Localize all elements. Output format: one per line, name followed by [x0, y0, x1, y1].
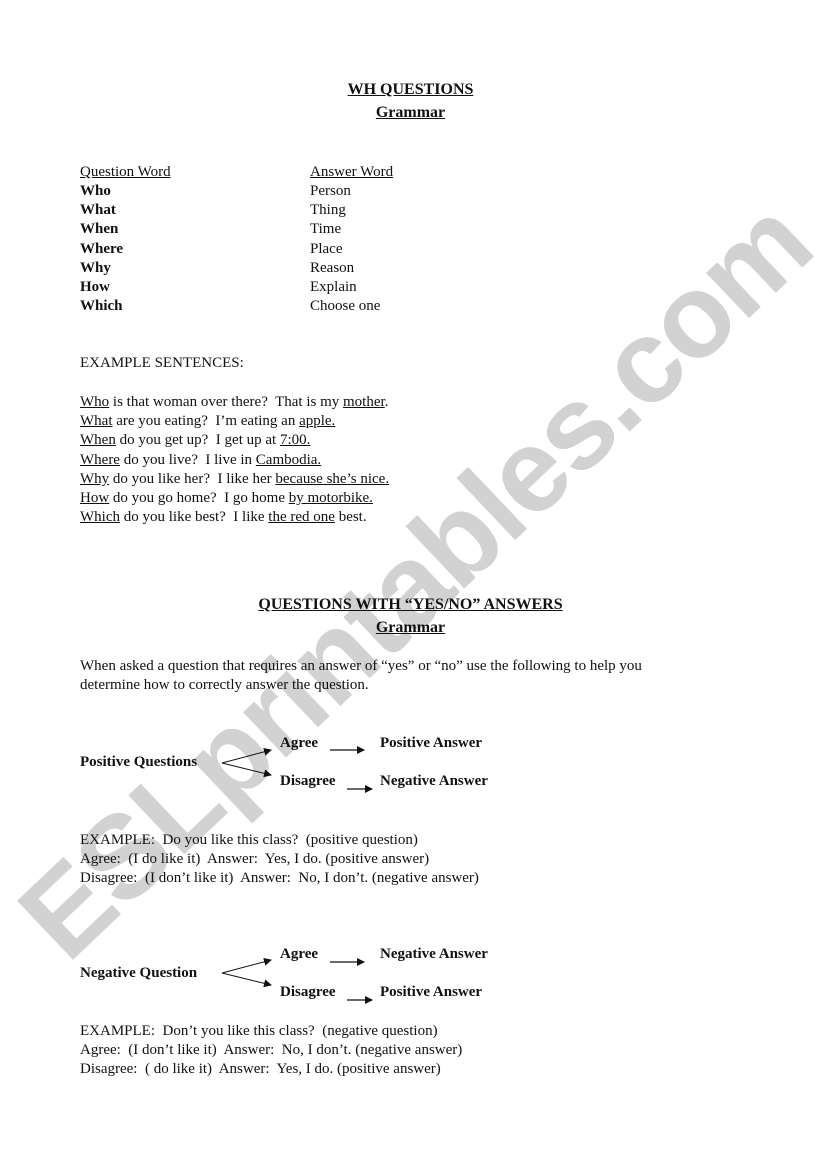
example-line: Disagree: ( do like it) Answer: Yes, I d… [80, 1060, 441, 1079]
example-line: EXAMPLE: Don’t you like this class? (neg… [80, 1022, 438, 1041]
example-line: Agree: (I don’t like it) Answer: No, I d… [80, 1041, 462, 1060]
worksheet-page: WH QUESTIONS Grammar Question Word Answe… [0, 0, 821, 1169]
arrow-icon [0, 0, 821, 1169]
